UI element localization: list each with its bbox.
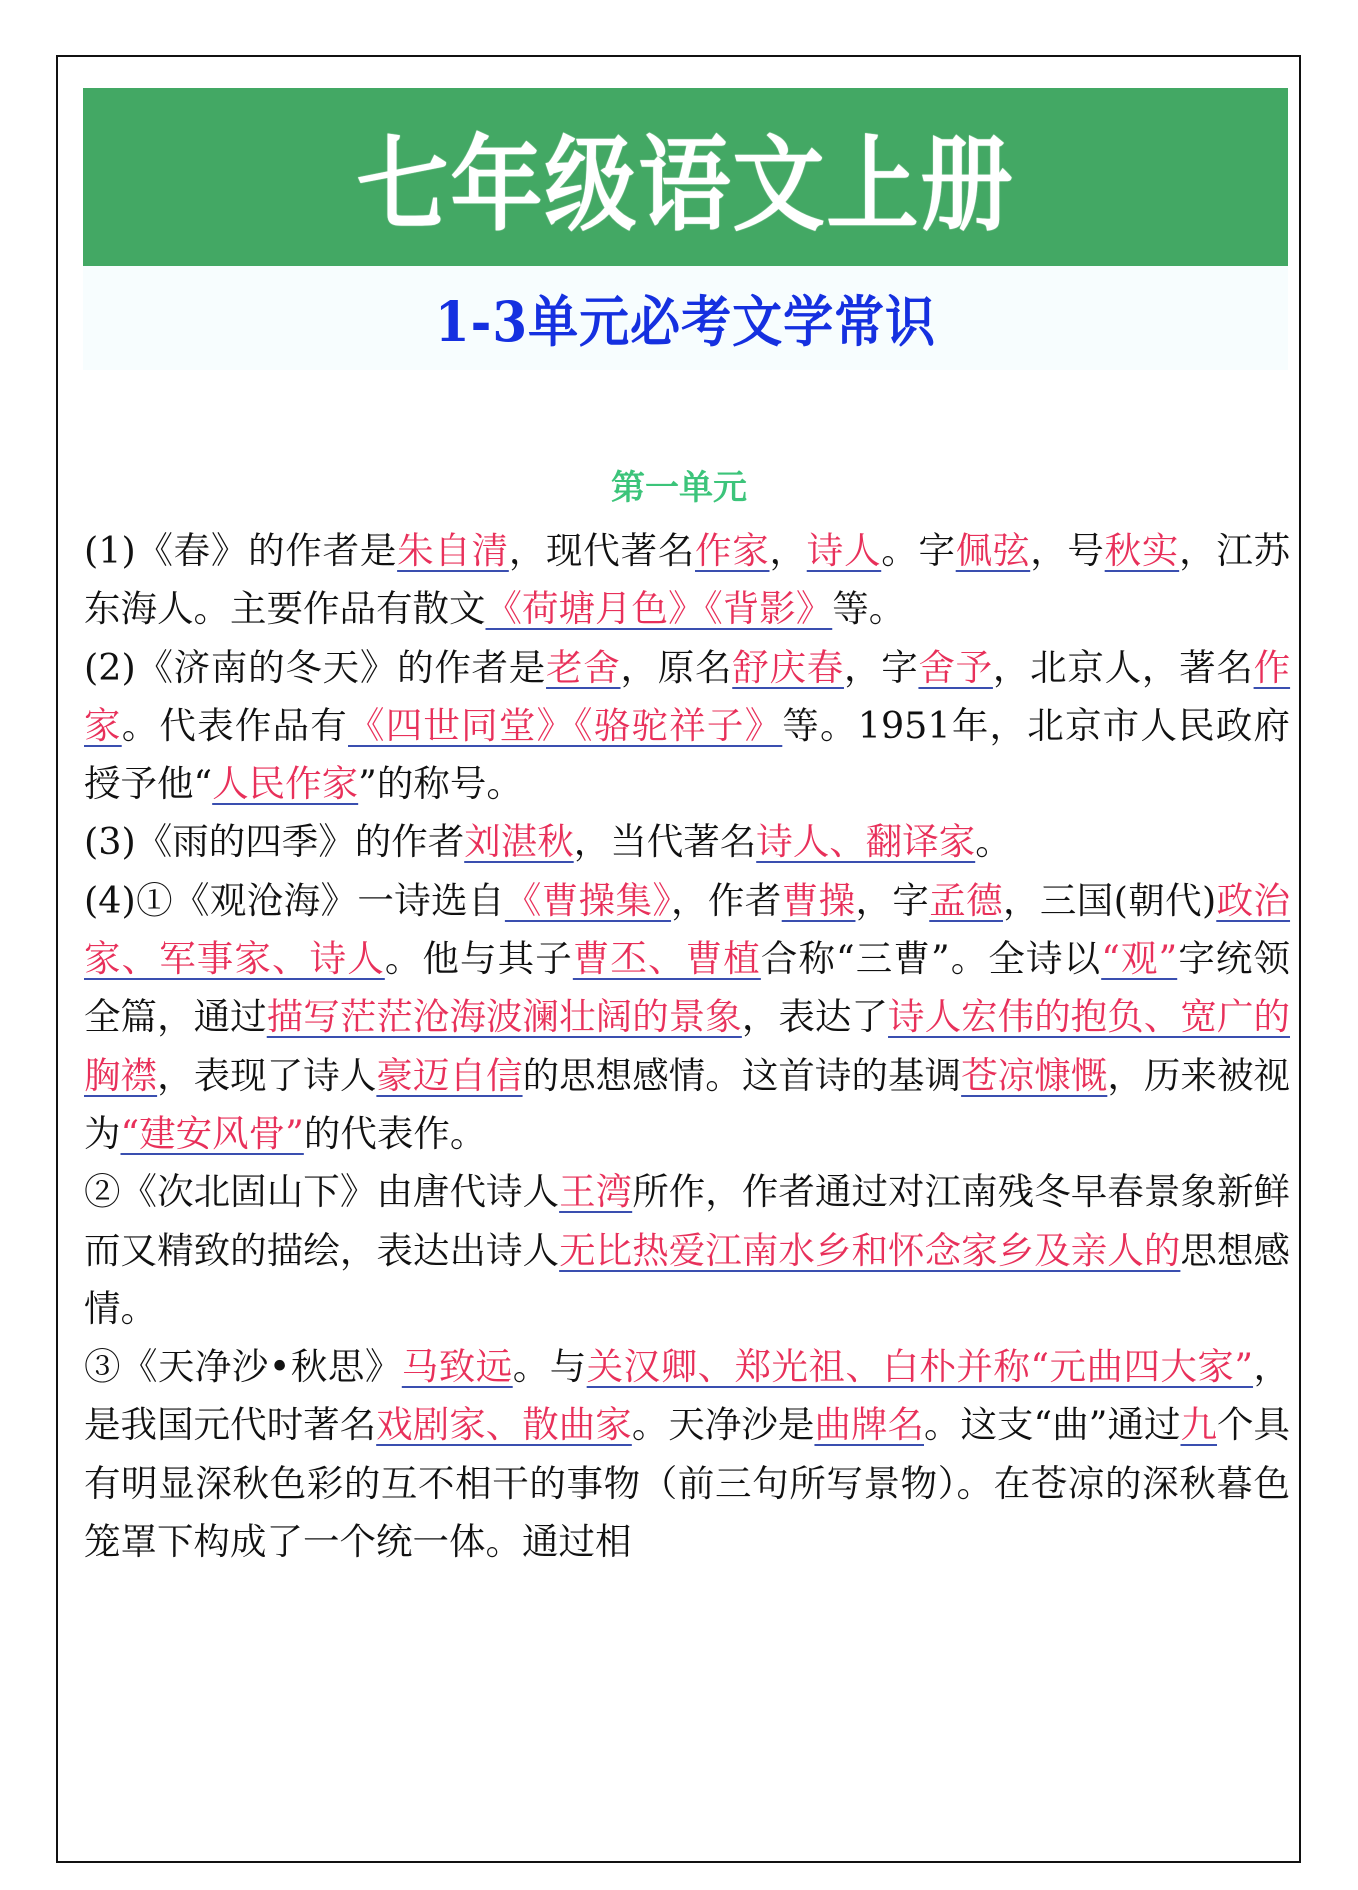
title-banner: 七年级语文上册 [83, 88, 1288, 266]
text-segment: 合称“三曹”。全诗以 [761, 937, 1101, 980]
text-segment: 。他与其子 [385, 937, 573, 980]
highlighted-answer: 九 [1180, 1403, 1217, 1446]
text-segment: ，三国(朝代) [1003, 879, 1216, 922]
text-segment: ，作者 [671, 879, 782, 922]
page-subtitle: 1-3单元必考文学常识 [435, 278, 936, 357]
text-segment: 。 [975, 820, 1012, 863]
highlighted-answer: 朱自清 [397, 529, 509, 572]
highlighted-answer: 马致远 [402, 1345, 513, 1388]
highlighted-answer: 曲牌名 [814, 1403, 924, 1446]
highlighted-answer: 苍凉慷慨 [961, 1054, 1107, 1097]
text-segment: ，字 [844, 646, 918, 689]
highlighted-answer: 无比热爱江南水乡和怀念家乡及亲人的 [559, 1229, 1180, 1272]
text-segment: (1)《春》的作者是 [84, 529, 397, 572]
text-segment: 。天净沙是 [632, 1403, 815, 1446]
text-segment: 。字 [881, 529, 955, 572]
highlighted-answer: 诗人、翻译家 [756, 820, 975, 863]
highlighted-answer: 豪迈自信 [376, 1054, 522, 1097]
highlighted-answer: 《四世同堂》《骆驼祥子》 [348, 704, 782, 747]
text-segment: ，北京人，著名 [993, 646, 1254, 689]
highlighted-answer: 戏剧家、散曲家 [376, 1403, 632, 1446]
highlighted-answer: 《曹操集》 [505, 879, 671, 922]
paragraph-4: (4)①《观沧海》一诗选自《曹操集》，作者曹操，字孟德，三国(朝代)政治家、军事… [84, 872, 1290, 1163]
highlighted-answer: 舒庆春 [732, 646, 844, 689]
text-segment: ，当代著名 [574, 820, 757, 863]
text-segment: ， [769, 529, 806, 572]
paragraph-5: ②《次北固山下》由唐代诗人王湾所作，作者通过对江南残冬早春景象新鲜而又精致的描绘… [84, 1163, 1290, 1338]
paragraph-2: (2)《济南的冬天》的作者是老舍，原名舒庆春，字舍予，北京人，著名作家。代表作品… [84, 639, 1290, 814]
highlighted-answer: 王湾 [559, 1170, 632, 1213]
text-segment: (3)《雨的四季》的作者 [84, 820, 464, 863]
text-segment: 等。 [832, 587, 905, 630]
text-segment: ”的称号。 [358, 762, 523, 805]
section-heading-unit-1: 第一单元 [0, 460, 1358, 509]
text-segment: 。代表作品有 [122, 704, 348, 747]
paragraph-1: (1)《春》的作者是朱自清，现代著名作家，诗人。字佩弦，号秋实，江苏东海人。主要… [84, 522, 1290, 639]
content-body: (1)《春》的作者是朱自清，现代著名作家，诗人。字佩弦，号秋实，江苏东海人。主要… [84, 522, 1290, 1571]
highlighted-answer: 关汉卿、郑光祖、白朴并称“元曲四大家” [587, 1345, 1253, 1388]
text-segment: ，原名 [621, 646, 733, 689]
paragraph-6: ③《天净沙•秋思》马致远。与关汉卿、郑光祖、白朴并称“元曲四大家”，是我国元代时… [84, 1338, 1290, 1571]
paragraph-3: (3)《雨的四季》的作者刘湛秋，当代著名诗人、翻译家。 [84, 813, 1290, 871]
highlighted-answer: 作家 [695, 529, 769, 572]
text-segment: ，号 [1030, 529, 1104, 572]
highlighted-answer: 《荷塘月色》《背影》 [486, 587, 833, 630]
highlighted-answer: 曹操 [782, 879, 856, 922]
text-segment: ，字 [855, 879, 929, 922]
highlighted-answer: 曹丕、曹植 [573, 937, 761, 980]
text-segment: (2)《济南的冬天》的作者是 [84, 646, 546, 689]
highlighted-answer: 秋实 [1105, 529, 1179, 572]
text-segment: 。这支“曲”通过 [924, 1403, 1180, 1446]
text-segment: ，表现了诗人 [157, 1054, 376, 1097]
highlighted-answer: 诗人 [807, 529, 881, 572]
text-segment: 。与 [513, 1345, 587, 1388]
text-segment: ，表达了 [742, 995, 888, 1038]
text-segment: ③《天净沙•秋思》 [84, 1345, 402, 1388]
highlighted-answer: 孟德 [929, 879, 1003, 922]
highlighted-answer: 佩弦 [956, 529, 1030, 572]
highlighted-answer: 人民作家 [212, 762, 358, 805]
text-segment: ②《次北固山下》由唐代诗人 [84, 1170, 559, 1213]
text-segment: 的思想感情。这首诗的基调 [523, 1054, 962, 1097]
highlighted-answer: 老舍 [546, 646, 620, 689]
text-segment: 的代表作。 [304, 1112, 487, 1155]
text-segment: ，现代著名 [509, 529, 695, 572]
highlighted-answer: “建安风骨” [121, 1112, 304, 1155]
highlighted-answer: 刘湛秋 [464, 820, 574, 863]
highlighted-answer: “观” [1101, 937, 1177, 980]
text-segment: (4)①《观沧海》一诗选自 [84, 879, 505, 922]
page-title: 七年级语文上册 [356, 103, 1014, 251]
subtitle-band: 1-3单元必考文学常识 [83, 266, 1288, 370]
highlighted-answer: 描写茫茫沧海波澜壮阔的景象 [267, 995, 742, 1038]
highlighted-answer: 舍予 [918, 646, 992, 689]
